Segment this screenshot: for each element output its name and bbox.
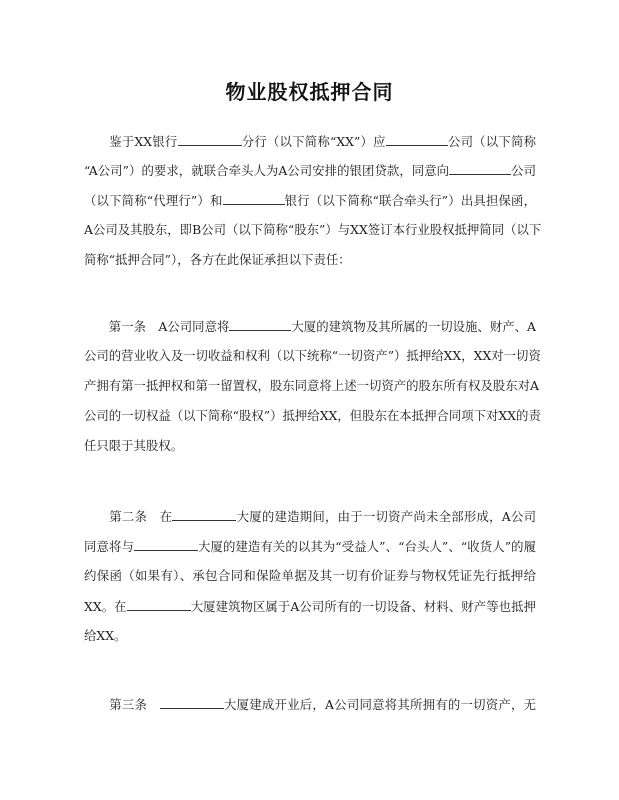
text-line: 给XX。 <box>84 628 536 644</box>
fill-in-blank <box>223 192 285 205</box>
text-line: 约保函（如果有）、承包合同和保险单据及其一切有价证券与物权凭证先行抵押给 <box>84 568 536 584</box>
text-segment: 第一条 A公司同意将 <box>84 319 229 334</box>
fill-in-blank <box>172 508 236 521</box>
text-segment: 大厦的建筑物及其所属的一切设施、财产、A <box>291 319 536 334</box>
text-segment: 银行（以下简称“联合牵头行”）出具担保函， <box>285 193 536 208</box>
text-line: 第二条 在大厦的建造期间，由于一切资产尚未全部形成，A公司 <box>84 508 536 525</box>
text-segment: 鉴于XX银行 <box>84 134 178 149</box>
text-segment: 第三条 <box>84 697 160 712</box>
text-segment: 同意将与 <box>84 539 134 554</box>
text-line: 简称“抵押合同”），各方在此保证承担以下责任： <box>84 252 536 268</box>
text-segment: 大厦建成开业后，A公司同意将其所拥有的一切资产，无 <box>224 697 536 712</box>
text-segment: 给XX。 <box>84 628 126 643</box>
text-segment: 公司的营业收入及一切收益和权利（以下统称“一切资产”）抵押给XX，XX对一切资 <box>84 348 541 363</box>
text-line: 公司的一切权益（以下简称“股权”）抵押给XX，但股东在本抵押合同项下对XX的责 <box>84 408 536 424</box>
text-segment: 公司（以下简称 <box>448 134 536 149</box>
text-segment: 产拥有第一抵押权和第一留置权，股东同意将上述一切资产的股东所有权及股东对A <box>84 378 539 393</box>
text-line: 公司的营业收入及一切收益和权利（以下统称“一切资产”）抵押给XX，XX对一切资 <box>84 348 536 364</box>
text-line: 鉴于XX银行分行（以下简称“XX”）应公司（以下简称 <box>84 133 536 150</box>
fill-in-blank <box>386 133 448 146</box>
text-segment: XX。在 <box>84 599 127 614</box>
fill-in-blank <box>134 538 198 551</box>
fill-in-blank <box>449 162 511 175</box>
text-line: 产拥有第一抵押权和第一留置权，股东同意将上述一切资产的股东所有权及股东对A <box>84 378 536 394</box>
fill-in-blank <box>160 696 224 709</box>
text-segment: 大厦建筑物区属于A公司所有的一切设备、材料、财产等也抵押 <box>191 599 536 614</box>
document-title: 物业股权抵押合同 <box>0 76 619 105</box>
text-line: 任只限于其股权。 <box>84 438 536 454</box>
fill-in-blank <box>178 133 242 146</box>
text-line: A公司及其股东，即B公司（以下简称“股东”）与XX签订本行业股权抵押简同（以下 <box>84 222 536 238</box>
text-segment: 任只限于其股权。 <box>84 438 183 453</box>
text-segment: 约保函（如果有）、承包合同和保险单据及其一切有价证券与物权凭证先行抵押给 <box>84 568 536 583</box>
text-line: 第一条 A公司同意将大厦的建筑物及其所属的一切设施、财产、A <box>84 318 536 335</box>
text-segment: 第二条 在 <box>84 509 172 524</box>
text-line: 同意将与大厦的建造有关的以其为“受益人”、“台头人”、“收货人”的履 <box>84 538 536 555</box>
text-segment: 分行（以下简称“XX”）应 <box>242 134 386 149</box>
text-line: 第三条 大厦建成开业后，A公司同意将其所拥有的一切资产，无 <box>84 696 536 713</box>
text-line: （以下简称“代理行”）和银行（以下简称“联合牵头行”）出具担保函， <box>84 192 536 209</box>
text-line: “A公司”）的要求，就联合牵头人为A公司安排的银团贷款，同意向公司 <box>84 162 536 179</box>
text-segment: 公司的一切权益（以下简称“股权”）抵押给XX，但股东在本抵押合同项下对XX的责 <box>84 408 541 423</box>
text-segment: 公司 <box>511 163 536 178</box>
text-segment: A公司及其股东，即B公司（以下简称“股东”）与XX签订本行业股权抵押简同（以下 <box>84 222 541 237</box>
fill-in-blank <box>127 598 191 611</box>
text-segment: 简称“抵押合同”），各方在此保证承担以下责任： <box>84 252 351 267</box>
text-segment: （以下简称“代理行”）和 <box>84 193 223 208</box>
text-segment: 大厦的建造有关的以其为“受益人”、“台头人”、“收货人”的履 <box>198 539 536 554</box>
text-line: XX。在大厦建筑物区属于A公司所有的一切设备、材料、财产等也抵押 <box>84 598 536 615</box>
text-segment: “A公司”）的要求，就联合牵头人为A公司安排的银团贷款，同意向 <box>84 163 449 178</box>
text-segment: 大厦的建造期间，由于一切资产尚未全部形成，A公司 <box>236 509 536 524</box>
fill-in-blank <box>229 318 291 331</box>
